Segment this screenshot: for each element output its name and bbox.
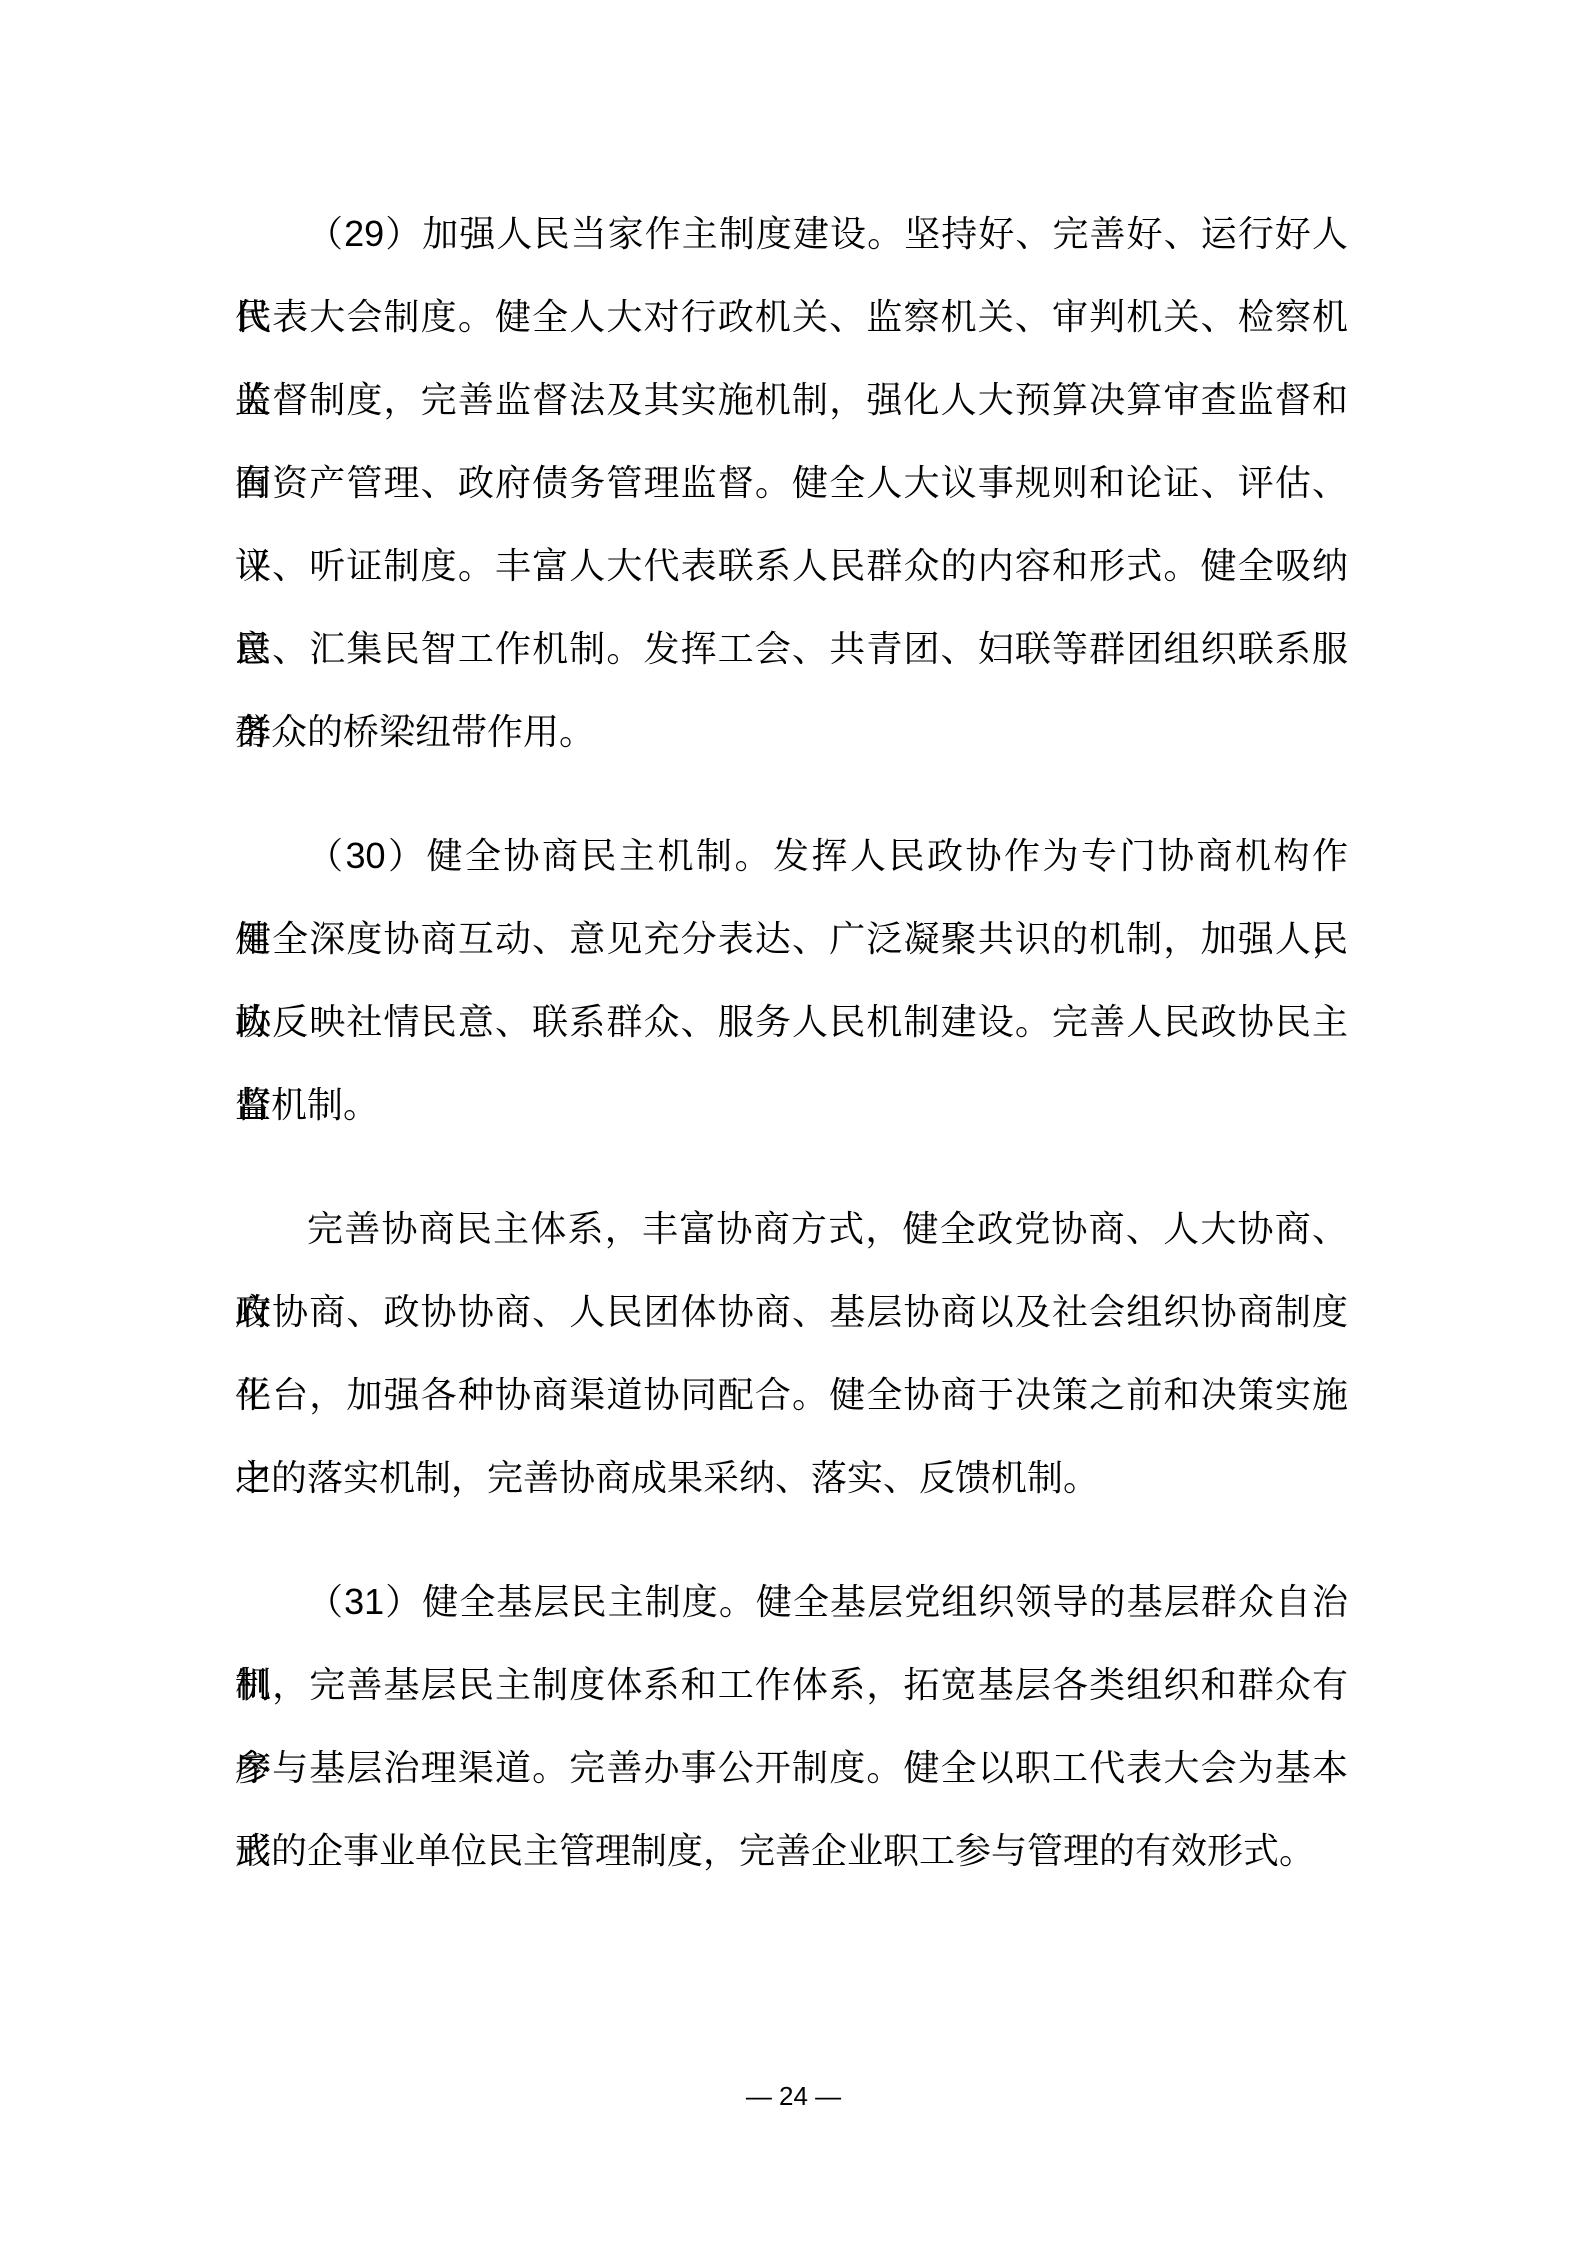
text-line: 制，完善基层民主制度体系和工作体系，拓宽基层各类组织和群众有序 xyxy=(235,1643,1348,1726)
text-line: （29）加强人民当家作主制度建设。坚持好、完善好、运行好人民 xyxy=(235,192,1348,275)
text-line: 督机制。 xyxy=(235,1063,1348,1146)
text-line: （31）健全基层民主制度。健全基层党组织领导的基层群众自治机 xyxy=(235,1560,1348,1643)
text-line: （30）健全协商民主机制。发挥人民政协作为专门协商机构作用， xyxy=(235,814,1348,897)
page-number: — 24 — xyxy=(0,2078,1587,2114)
text-line: 代表大会制度。健全人大对行政机关、监察机关、审判机关、检察机关 xyxy=(235,275,1348,358)
text-line: 健全深度协商互动、意见充分表达、广泛凝聚共识的机制，加强人民政 xyxy=(235,897,1348,980)
text-line: 议、听证制度。丰富人大代表联系人民群众的内容和形式。健全吸纳民 xyxy=(235,524,1348,607)
text-line: 群众的桥梁纽带作用。 xyxy=(235,690,1348,773)
paragraph-unnumbered: 完善协商民主体系，丰富协商方式，健全政党协商、人大协商、政 府协商、政协协商、人… xyxy=(235,1187,1348,1519)
text-line: 意、汇集民智工作机制。发挥工会、共青团、妇联等群团组织联系服务 xyxy=(235,607,1348,690)
text-line: 府协商、政协协商、人民团体协商、基层协商以及社会组织协商制度化 xyxy=(235,1270,1348,1353)
text-line: 监督制度，完善监督法及其实施机制，强化人大预算决算审查监督和国 xyxy=(235,358,1348,441)
text-line: 平台，加强各种协商渠道协同配合。健全协商于决策之前和决策实施之 xyxy=(235,1353,1348,1436)
text-line: 中的落实机制，完善协商成果采纳、落实、反馈机制。 xyxy=(235,1436,1348,1519)
paragraph-29: （29）加强人民当家作主制度建设。坚持好、完善好、运行好人民 代表大会制度。健全… xyxy=(235,192,1348,773)
text-line: 参与基层治理渠道。完善办事公开制度。健全以职工代表大会为基本形 xyxy=(235,1726,1348,1809)
text-line: 式的企事业单位民主管理制度，完善企业职工参与管理的有效形式。 xyxy=(235,1809,1348,1892)
paragraph-31: （31）健全基层民主制度。健全基层党组织领导的基层群众自治机 制，完善基层民主制… xyxy=(235,1560,1348,1892)
text-line: 有资产管理、政府债务管理监督。健全人大议事规则和论证、评估、评 xyxy=(235,441,1348,524)
paragraph-30: （30）健全协商民主机制。发挥人民政协作为专门协商机构作用， 健全深度协商互动、… xyxy=(235,814,1348,1146)
text-line: 协反映社情民意、联系群众、服务人民机制建设。完善人民政协民主监 xyxy=(235,980,1348,1063)
document-body: （29）加强人民当家作主制度建设。坚持好、完善好、运行好人民 代表大会制度。健全… xyxy=(235,192,1348,1933)
text-line: 完善协商民主体系，丰富协商方式，健全政党协商、人大协商、政 xyxy=(235,1187,1348,1270)
document-page: （29）加强人民当家作主制度建设。坚持好、完善好、运行好人民 代表大会制度。健全… xyxy=(0,0,1587,2245)
